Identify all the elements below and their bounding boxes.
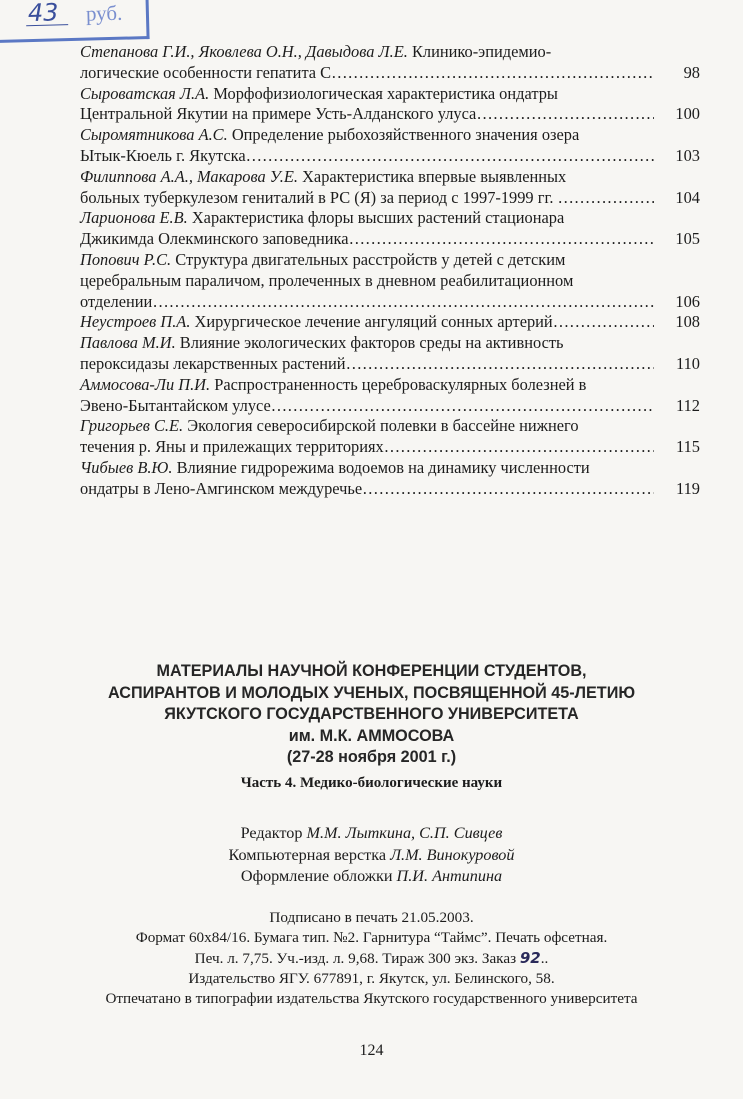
toc-page-number: 104 xyxy=(660,188,700,209)
title-line: МАТЕРИАЛЫ НАУЧНОЙ КОНФЕРЕНЦИИ СТУДЕНТОВ, xyxy=(0,661,743,683)
credit-role: Оформление обложки xyxy=(241,867,393,885)
title-line: ЯКУТСКОГО ГОСУДАРСТВЕННОГО УНИВЕРСИТЕТА xyxy=(0,704,743,726)
sheets-info: Печ. л. 7,75. Уч.-изд. л. 9,68. Тираж 30… xyxy=(0,948,743,969)
toc-title: пероксидазы лекарственных растений xyxy=(80,354,346,373)
toc-title: Клинико-эпидемио- xyxy=(412,42,551,61)
credit-names: П.И. Антипина xyxy=(397,867,503,885)
dot-leader: …………………………………………………………………………………………………………… xyxy=(152,292,654,311)
toc-page-number: 108 xyxy=(660,312,700,333)
toc-authors: Степанова Г.И., Яковлева О.Н., Давыдова … xyxy=(80,42,408,61)
dot-leader: …………………………………………………………………………………………………………… xyxy=(331,63,654,82)
toc-title: Морфофизиологическая характеристика онда… xyxy=(213,84,558,103)
toc-line: больных туберкулезом гениталий в РС (Я) … xyxy=(80,188,700,209)
toc-line: Григорьев С.Е. Экология северосибирской … xyxy=(80,416,700,437)
printing-info: Подписано в печать 21.05.2003. Формат 60… xyxy=(0,908,743,1009)
toc-page-number: 110 xyxy=(660,354,700,375)
toc-title: Характеристика впервые выявленных xyxy=(302,167,566,186)
toc-line: Неустроев П.А. Хирургическое лечение анг… xyxy=(80,312,700,333)
toc-line: Джикимда Олекминского заповедника…………………… xyxy=(80,229,700,250)
toc-line: течения р. Яны и прилежащих территориях…… xyxy=(80,437,700,458)
dot-leader: …………………………………………………………………………………………………………… xyxy=(346,354,654,373)
credit-names: М.М. Лыткина, С.П. Сивцев xyxy=(307,824,503,842)
toc-entry: Григорьев С.Е. Экология северосибирской … xyxy=(80,416,700,458)
toc-page-number: 103 xyxy=(660,146,700,167)
toc-line: Сыроватская Л.А. Морфофизиологическая ха… xyxy=(80,84,700,105)
credit-editor: Редактор М.М. Лыткина, С.П. Сивцев xyxy=(0,823,743,845)
toc-entry: Попович Р.С. Структура двигательных расс… xyxy=(80,250,700,312)
toc-line: Эвено-Бытантайском улусе…………………………………………… xyxy=(80,396,700,417)
toc-title: Распространенность цереброваскулярных бо… xyxy=(214,375,586,394)
toc-line: Ытык-Кюель г. Якутска…………………………………………………… xyxy=(80,146,700,167)
toc-authors: Ларионова Е.В. xyxy=(80,208,188,227)
toc-title: Характеристика флоры высших растений ста… xyxy=(192,208,564,227)
toc-authors: Чибыев В.Ю. xyxy=(80,458,172,477)
toc-line: отделении…………………………………………………………………………………… xyxy=(80,292,700,313)
toc-entry: Степанова Г.И., Яковлева О.Н., Давыдова … xyxy=(80,42,700,84)
toc-title: течения р. Яны и прилежащих территориях xyxy=(80,437,384,456)
toc-title: церебральным параличом, пролеченных в дн… xyxy=(80,271,573,290)
credit-layout: Компьютерная верстка Л.М. Винокуровой xyxy=(0,845,743,867)
toc-line: Степанова Г.И., Яковлева О.Н., Давыдова … xyxy=(80,42,700,63)
stamp-currency: руб. xyxy=(86,1,123,27)
price-stamp: 43 руб. xyxy=(0,0,150,43)
toc-authors: Сыромятникова А.С. xyxy=(80,125,228,144)
toc-line: Ларионова Е.В. Характеристика флоры высш… xyxy=(80,208,700,229)
conference-title: МАТЕРИАЛЫ НАУЧНОЙ КОНФЕРЕНЦИИ СТУДЕНТОВ,… xyxy=(0,661,743,769)
table-of-contents: Степанова Г.И., Яковлева О.Н., Давыдова … xyxy=(80,42,700,500)
credit-cover: Оформление обложки П.И. Антипина xyxy=(0,866,743,888)
toc-entry: Ларионова Е.В. Характеристика флоры высш… xyxy=(80,208,700,250)
toc-line: Чибыев В.Ю. Влияние гидрорежима водоемов… xyxy=(80,458,700,479)
toc-title: Влияние экологических факторов среды на … xyxy=(180,333,564,352)
toc-line: пероксидазы лекарственных растений………………… xyxy=(80,354,700,375)
title-line: АСПИРАНТОВ И МОЛОДЫХ УЧЕНЫХ, ПОСВЯЩЕННОЙ… xyxy=(0,683,743,705)
dot-leader: …………………………………………………………………………………………………………… xyxy=(362,479,654,498)
toc-title: Экология северосибирской полевки в бассе… xyxy=(187,416,578,435)
toc-authors: Неустроев П.А. xyxy=(80,312,190,331)
toc-title: Ытык-Кюель г. Якутска xyxy=(80,146,246,165)
order-number: 92 xyxy=(520,949,541,967)
title-line: (27-28 ноября 2001 г.) xyxy=(0,747,743,769)
toc-authors: Григорьев С.Е. xyxy=(80,416,183,435)
toc-title: Структура двигательных расстройств у дет… xyxy=(175,250,565,269)
printed-at: Отпечатано в типографии издательства Яку… xyxy=(0,989,743,1009)
toc-page-number: 115 xyxy=(660,437,700,458)
sheets-suffix: .. xyxy=(541,950,549,967)
toc-page-number: 98 xyxy=(660,63,700,84)
toc-authors: Попович Р.С. xyxy=(80,250,171,269)
toc-entry: Филиппова А.А., Макарова У.Е. Характерис… xyxy=(80,167,700,209)
toc-page-number: 105 xyxy=(660,229,700,250)
toc-page-number: 100 xyxy=(660,104,700,125)
toc-entry: Аммосова-Ли П.И. Распространенность цере… xyxy=(80,375,700,417)
toc-entry: Сыромятникова А.С. Определение рыбохозяй… xyxy=(80,125,700,167)
toc-title: Хирургическое лечение ангуляций сонных а… xyxy=(195,312,553,331)
toc-line: Центральной Якутии на примере Усть-Алдан… xyxy=(80,104,700,125)
toc-entry: Сыроватская Л.А. Морфофизиологическая ха… xyxy=(80,84,700,126)
dot-leader: …………………………………………………………………………………………………………… xyxy=(553,312,654,331)
toc-title: Влияние гидрорежима водоемов на динамику… xyxy=(177,458,590,477)
credits: Редактор М.М. Лыткина, С.П. Сивцев Компь… xyxy=(0,823,743,888)
toc-title: Центральной Якутии на примере Усть-Алдан… xyxy=(80,104,476,123)
toc-page-number: 112 xyxy=(660,396,700,417)
toc-page-number: 106 xyxy=(660,292,700,313)
dot-leader: …………………………………………………………………………………………………………… xyxy=(384,437,654,456)
dot-leader: …………………………………………………………………………………………………………… xyxy=(558,188,654,207)
dot-leader: …………………………………………………………………………………………………………… xyxy=(246,146,654,165)
toc-entry: Чибыев В.Ю. Влияние гидрорежима водоемов… xyxy=(80,458,700,500)
toc-authors: Павлова М.И. xyxy=(80,333,176,352)
dot-leader: …………………………………………………………………………………………………………… xyxy=(476,104,654,123)
toc-line: Павлова М.И. Влияние экологических факто… xyxy=(80,333,700,354)
sheets-text: Печ. л. 7,75. Уч.-изд. л. 9,68. Тираж 30… xyxy=(195,950,516,967)
volume-part: Часть 4. Медико-биологические науки xyxy=(0,775,743,792)
toc-line: Сыромятникова А.С. Определение рыбохозяй… xyxy=(80,125,700,146)
signed-date: Подписано в печать 21.05.2003. xyxy=(0,908,743,928)
toc-title: Джикимда Олекминского заповедника xyxy=(80,229,349,248)
credit-role: Редактор xyxy=(241,824,303,842)
toc-entry: Павлова М.И. Влияние экологических факто… xyxy=(80,333,700,375)
credit-names: Л.М. Винокуровой xyxy=(390,846,514,864)
title-line: им. М.К. АММОСОВА xyxy=(0,726,743,748)
toc-line: Попович Р.С. Структура двигательных расс… xyxy=(80,250,700,271)
toc-line: логические особенности гепатита С…………………… xyxy=(80,63,700,84)
stamp-price: 43 xyxy=(26,0,69,26)
toc-authors: Филиппова А.А., Макарова У.Е. xyxy=(80,167,298,186)
toc-page-number: 119 xyxy=(660,479,700,500)
toc-title: больных туберкулезом гениталий в РС (Я) … xyxy=(80,188,558,207)
toc-title: отделении xyxy=(80,292,152,311)
toc-title: Эвено-Бытантайском улусе xyxy=(80,396,271,415)
toc-line: церебральным параличом, пролеченных в дн… xyxy=(80,271,700,292)
toc-entry: Неустроев П.А. Хирургическое лечение анг… xyxy=(80,312,700,333)
toc-authors: Аммосова-Ли П.И. xyxy=(80,375,210,394)
dot-leader: …………………………………………………………………………………………………………… xyxy=(349,229,654,248)
publisher-address: Издательство ЯГУ. 677891, г. Якутск, ул.… xyxy=(0,969,743,989)
toc-line: Филиппова А.А., Макарова У.Е. Характерис… xyxy=(80,167,700,188)
page-number: 124 xyxy=(0,1042,743,1060)
toc-title: логические особенности гепатита С xyxy=(80,63,331,82)
credit-role: Компьютерная верстка xyxy=(228,846,386,864)
format-info: Формат 60x84/16. Бумага тип. №2. Гарниту… xyxy=(0,928,743,948)
dot-leader: …………………………………………………………………………………………………………… xyxy=(271,396,654,415)
toc-title: Определение рыбохозяйственного значения … xyxy=(232,125,579,144)
toc-title: ондатры в Лено-Амгинском междуречье xyxy=(80,479,362,498)
toc-authors: Сыроватская Л.А. xyxy=(80,84,209,103)
toc-line: Аммосова-Ли П.И. Распространенность цере… xyxy=(80,375,700,396)
toc-line: ондатры в Лено-Амгинском междуречье……………… xyxy=(80,479,700,500)
